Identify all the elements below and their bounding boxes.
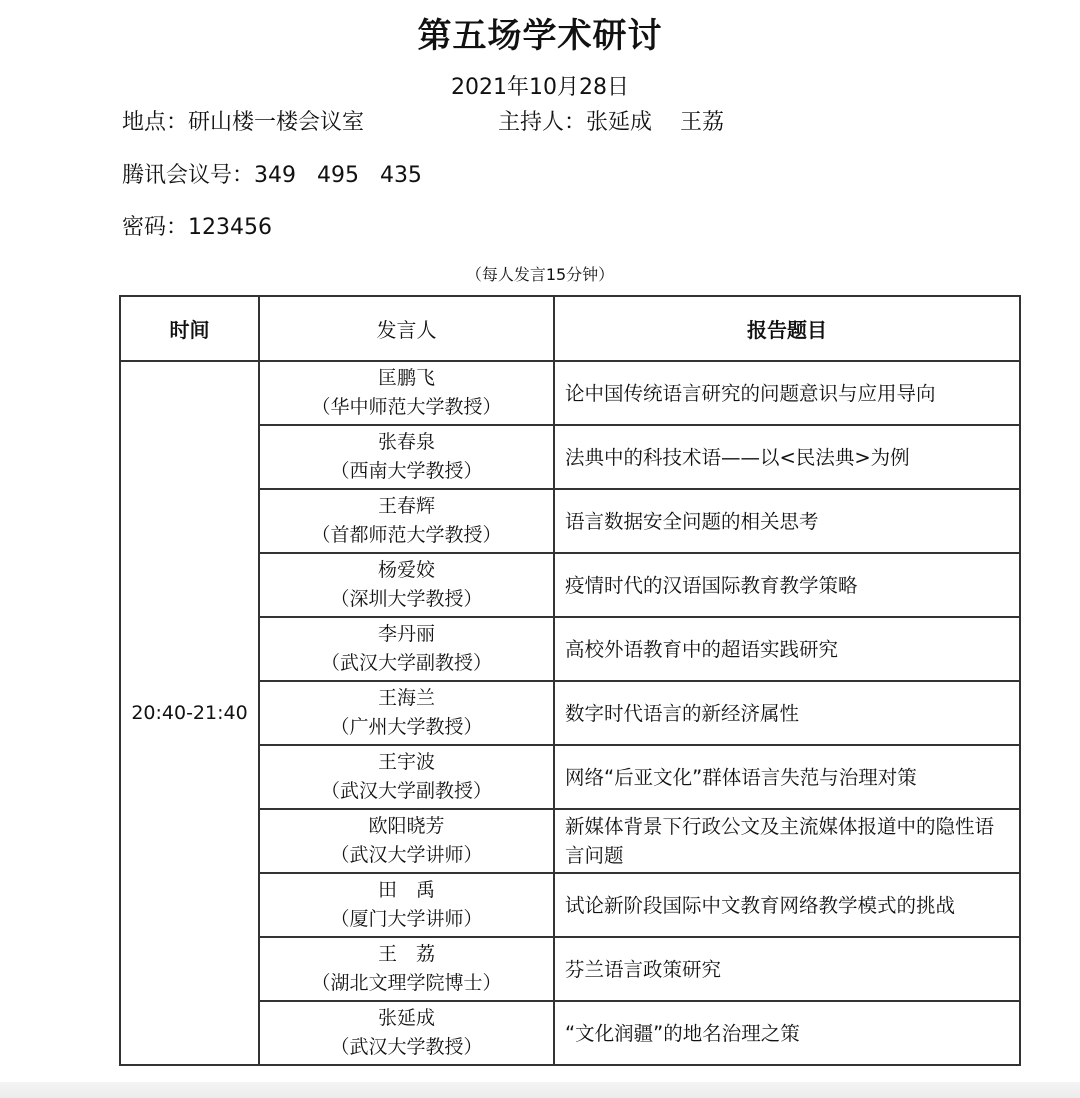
column-header-speaker: 发言人 <box>259 296 554 361</box>
speaking-time-note: （每人发言15分钟） <box>0 262 1080 285</box>
schedule-table: 时间 发言人 报告题目 20:40-21:40 匡鹏飞（华中师范大学教授） 论中… <box>119 295 1021 1066</box>
page-bottom-edge <box>0 1082 1080 1098</box>
speaker-name: 王海兰 <box>378 687 435 709</box>
topic-cell: 数字时代语言的新经济属性 <box>554 681 1020 745</box>
speaker-cell: 欧阳晓芳（武汉大学讲师） <box>259 809 554 873</box>
speaker-cell: 匡鹏飞（华中师范大学教授） <box>259 361 554 425</box>
speaker-cell: 张春泉（西南大学教授） <box>259 425 554 489</box>
speaker-cell: 王 荔（湖北文理学院博士） <box>259 937 554 1001</box>
speaker-affiliation: （湖北文理学院博士） <box>311 972 501 994</box>
table-row: 20:40-21:40 匡鹏飞（华中师范大学教授） 论中国传统语言研究的问题意识… <box>120 361 1020 425</box>
topic-cell: 高校外语教育中的超语实践研究 <box>554 617 1020 681</box>
topic-cell: 网络“后亚文化”群体语言失范与治理对策 <box>554 745 1020 809</box>
topic-cell: 论中国传统语言研究的问题意识与应用导向 <box>554 361 1020 425</box>
speaker-name: 田 禹 <box>378 879 435 901</box>
speaker-affiliation: （厦门大学讲师） <box>330 908 482 930</box>
topic-cell: 法典中的科技术语——以<民法典>为例 <box>554 425 1020 489</box>
location-text: 地点：研山楼一楼会议室 <box>122 105 364 136</box>
speaker-affiliation: （西南大学教授） <box>330 460 482 482</box>
topic-cell: 芬兰语言政策研究 <box>554 937 1020 1001</box>
speaker-affiliation: （深圳大学教授） <box>330 588 482 610</box>
speaker-name: 李丹丽 <box>378 623 435 645</box>
topic-cell: “文化润疆”的地名治理之策 <box>554 1001 1020 1065</box>
page-title: 第五场学术研讨 <box>0 8 1080 57</box>
meeting-id-text: 腾讯会议号：349 495 435 <box>122 158 422 189</box>
topic-cell: 试论新阶段国际中文教育网络教学模式的挑战 <box>554 873 1020 937</box>
speaker-affiliation: （首都师范大学教授） <box>311 524 501 546</box>
topic-cell: 疫情时代的汉语国际教育教学策略 <box>554 553 1020 617</box>
speaker-name: 王 荔 <box>378 943 435 965</box>
speaker-name: 欧阳晓芳 <box>368 815 444 837</box>
speaker-name: 张春泉 <box>378 431 435 453</box>
speaker-affiliation: （武汉大学副教授） <box>321 780 492 802</box>
speaker-affiliation: （武汉大学教授） <box>330 1036 482 1058</box>
speaker-cell: 王海兰（广州大学教授） <box>259 681 554 745</box>
speaker-affiliation: （武汉大学讲师） <box>330 844 482 866</box>
speaker-cell: 张延成（武汉大学教授） <box>259 1001 554 1065</box>
speaker-cell: 王春辉（首都师范大学教授） <box>259 489 554 553</box>
speaker-affiliation: （华中师范大学教授） <box>311 396 501 418</box>
speaker-affiliation: （武汉大学副教授） <box>321 652 492 674</box>
topic-cell: 语言数据安全问题的相关思考 <box>554 489 1020 553</box>
time-slot-cell: 20:40-21:40 <box>120 361 259 1065</box>
speaker-cell: 李丹丽（武汉大学副教授） <box>259 617 554 681</box>
speaker-cell: 田 禹（厦门大学讲师） <box>259 873 554 937</box>
speaker-name: 王宇波 <box>378 751 435 773</box>
speaker-affiliation: （广州大学教授） <box>330 716 482 738</box>
column-header-topic: 报告题目 <box>554 296 1020 361</box>
speaker-cell: 王宇波（武汉大学副教授） <box>259 745 554 809</box>
hosts-text: 主持人：张延成 王荔 <box>498 105 724 136</box>
speaker-name: 张延成 <box>378 1007 435 1029</box>
speaker-cell: 杨爱姣（深圳大学教授） <box>259 553 554 617</box>
topic-cell: 新媒体背景下行政公文及主流媒体报道中的隐性语言问题 <box>554 809 1020 873</box>
table-header-row: 时间 发言人 报告题目 <box>120 296 1020 361</box>
password-text: 密码：123456 <box>122 210 272 241</box>
column-header-time: 时间 <box>120 296 259 361</box>
speaker-name: 杨爱姣 <box>378 559 435 581</box>
speaker-name: 王春辉 <box>378 495 435 517</box>
event-date: 2021年10月28日 <box>0 70 1080 101</box>
speaker-name: 匡鹏飞 <box>378 367 435 389</box>
